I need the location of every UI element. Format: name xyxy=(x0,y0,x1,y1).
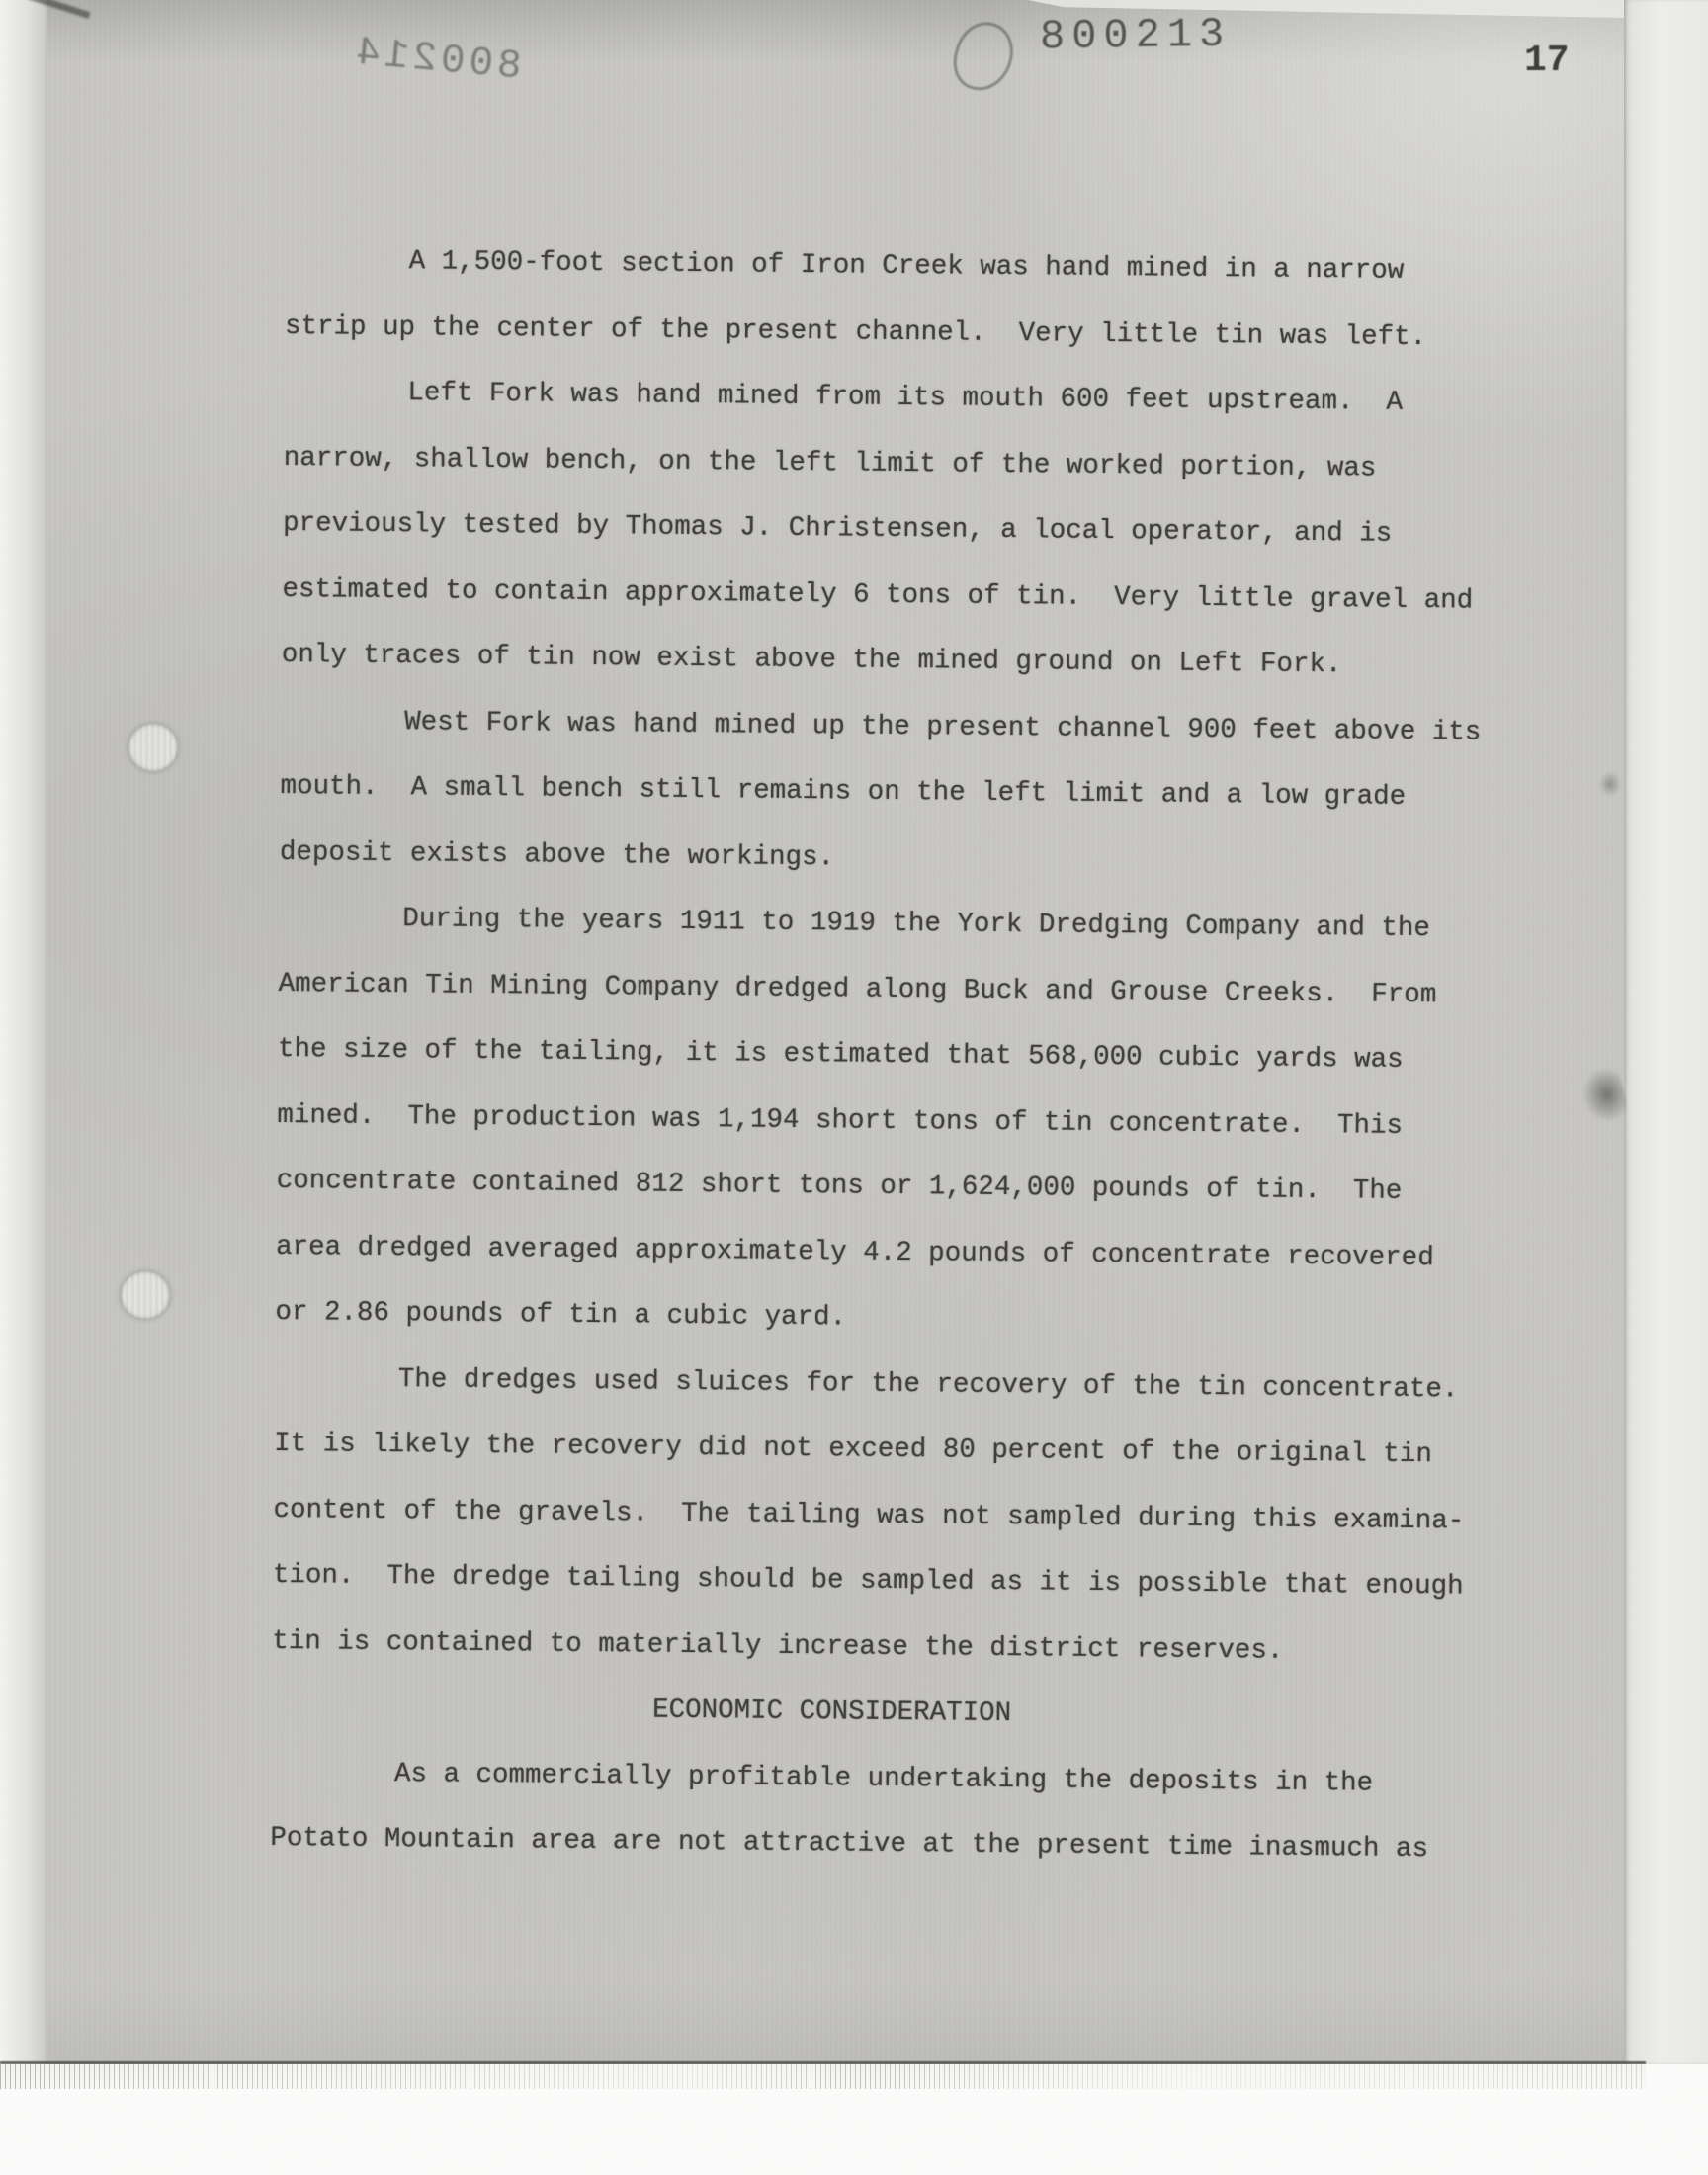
text-line: The dredges used sluices for the recover… xyxy=(275,1346,1478,1423)
punch-hole-top xyxy=(128,723,179,772)
text-line: deposit exists above the workings. xyxy=(280,820,1483,897)
text-line: area dredged averaged approximately 4.2 … xyxy=(276,1214,1479,1291)
text-line: tion. The dredge tailing should be sampl… xyxy=(273,1543,1476,1620)
text-line: ECONOMIC CONSIDERATION xyxy=(271,1675,1474,1752)
text-line: the size of the tailing, it is estimated… xyxy=(278,1017,1481,1094)
text-line: or 2.86 pounds of tin a cubic yard. xyxy=(275,1280,1478,1357)
text-line: During the years 1911 to 1919 the York D… xyxy=(279,886,1482,963)
text-line: A 1,500-foot section of Iron Creek was h… xyxy=(285,228,1488,305)
text-line: strip up the center of the present chann… xyxy=(285,294,1488,371)
left-scan-edge xyxy=(0,0,47,2064)
text-line: As a commercially profitable undertaking… xyxy=(271,1740,1474,1817)
text-line: previously tested by Thomas J. Christens… xyxy=(283,491,1486,568)
text-line: estimated to contain approximately 6 ton… xyxy=(282,557,1485,634)
text-line: It is likely the recovery did not exceed… xyxy=(274,1412,1477,1489)
right-edge-spot xyxy=(1597,769,1623,799)
page-number: 17 xyxy=(1524,40,1570,82)
text-line: American Tin Mining Company dredged alon… xyxy=(278,951,1481,1028)
text-line: narrow, shallow bench, on the left limit… xyxy=(283,425,1486,502)
text-line: mouth. A small bench still remains on th… xyxy=(280,754,1483,831)
text-line: tin is contained to materially increase … xyxy=(272,1609,1475,1686)
text-line: concentrate contained 812 short tons or … xyxy=(276,1149,1479,1226)
stamp-document-number: 800213 xyxy=(1040,11,1232,61)
typed-text-block: A 1,500-foot section of Iron Creek was h… xyxy=(270,228,1488,1883)
text-line: content of the gravels. The tailing was … xyxy=(273,1477,1476,1554)
scanner-background xyxy=(0,2089,1708,2175)
text-line: Potato Mountain area are not attractive … xyxy=(270,1806,1473,1883)
scanned-document-page: 800214 800213 17 A 1,500-foot section of… xyxy=(0,0,1708,2175)
text-line: only traces of tin now exist above the m… xyxy=(282,623,1485,700)
scan-streaks-fade xyxy=(0,2064,1646,2090)
punch-hole-bottom xyxy=(120,1270,171,1320)
text-line: West Fork was hand mined up the present … xyxy=(281,688,1484,765)
text-line: mined. The production was 1,194 short to… xyxy=(277,1083,1480,1160)
right-scan-edge xyxy=(1624,0,1708,2064)
text-line: Left Fork was hand mined from its mouth … xyxy=(284,360,1487,437)
